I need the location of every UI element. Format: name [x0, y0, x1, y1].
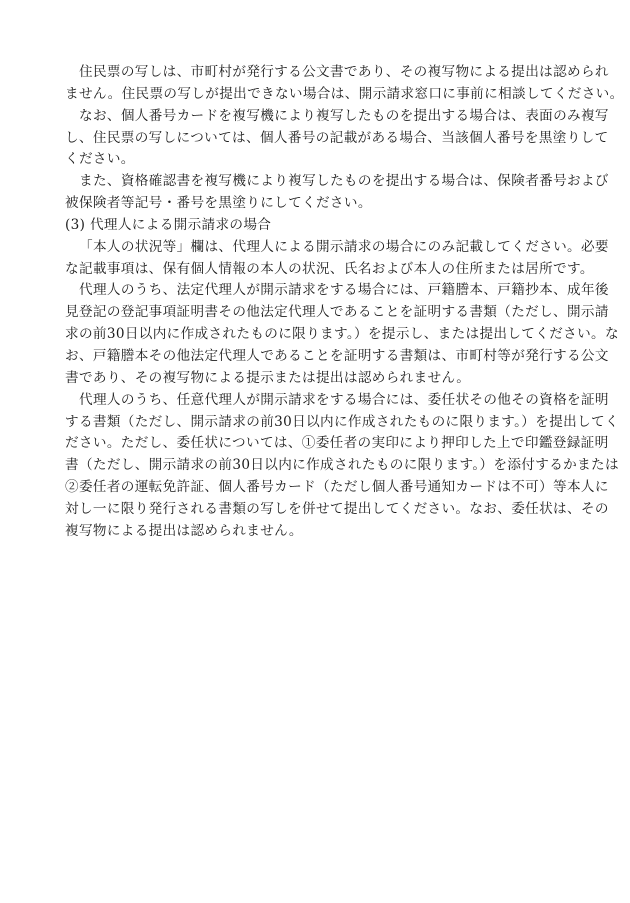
- paragraph-legal-agent-line: 見登記の登記事項証明書その他法定代理人であることを証明する書類（ただし、開示請: [65, 302, 579, 324]
- document-body: 住民票の写しは、市町村が発行する公文書であり、その複写物による提出は認められ ま…: [65, 62, 579, 543]
- paragraph-voluntary-agent-line: ださい。ただし、委任状については、①委任者の実印により押印した上で印鑑登録証明: [65, 433, 579, 455]
- paragraph-voluntary-agent-line: 代理人のうち、任意代理人が開示請求をする場合には、委任状その他その資格を証明: [65, 390, 579, 412]
- paragraph-voluntary-agent-line: する書類（ただし、開示請求の前30日以内に作成されたものに限ります。）を提出して…: [65, 412, 579, 434]
- paragraph-legal-agent-line: 求の前30日以内に作成されたものに限ります。）を提示し、または提出してください。…: [65, 324, 579, 346]
- paragraph-voluntary-agent-line: 対し一に限り発行される書類の写しを併せて提出してください。なお、委任状は、その: [65, 499, 579, 521]
- paragraph-qualification-certificate-line: また、資格確認書を複写機により複写したものを提出する場合は、保険者番号および: [65, 171, 579, 193]
- paragraph-voluntary-agent-line: ②委任者の運転免許証、個人番号カード（ただし個人番号通知カードは不可）等本人に: [65, 477, 579, 499]
- paragraph-my-number-card-line: なお、個人番号カードを複写機により複写したものを提出する場合は、表面のみ複写: [65, 106, 579, 128]
- paragraph-my-number-card-line: し、住民票の写しについては、個人番号の記載がある場合、当該個人番号を黒塗りして: [65, 128, 579, 150]
- paragraph-residence-certificate-line: 住民票の写しは、市町村が発行する公文書であり、その複写物による提出は認められ: [65, 62, 579, 84]
- paragraph-my-number-card-line: ください。: [65, 149, 579, 171]
- paragraph-voluntary-agent-line: 複写物による提出は認められません。: [65, 521, 579, 543]
- paragraph-qualification-certificate-line: 被保険者等記号・番号を黒塗りにしてください。: [65, 193, 579, 215]
- paragraph-legal-agent-line: 代理人のうち、法定代理人が開示請求をする場合には、戸籍謄本、戸籍抄本、成年後: [65, 280, 579, 302]
- paragraph-residence-certificate-line: ません。住民票の写しが提出できない場合は、開示請求窓口に事前に相談してください。: [65, 84, 579, 106]
- paragraph-voluntary-agent-line: 書（ただし、開示請求の前30日以内に作成されたものに限ります。）を添付するかまた…: [65, 455, 579, 477]
- section-heading-agent-request: (3) 代理人による開示請求の場合: [65, 215, 579, 237]
- paragraph-legal-agent-line: お、戸籍謄本その他法定代理人であることを証明する書類は、市町村等が発行する公文: [65, 346, 579, 368]
- paragraph-principal-status-line: な記載事項は、保有個人情報の本人の状況、氏名および本人の住所または居所です。: [65, 259, 579, 281]
- paragraph-principal-status-line: 「本人の状況等」欄は、代理人による開示請求の場合にのみ記載してください。必要: [65, 237, 579, 259]
- paragraph-legal-agent-line: 書であり、その複写物による提示または提出は認められません。: [65, 368, 579, 390]
